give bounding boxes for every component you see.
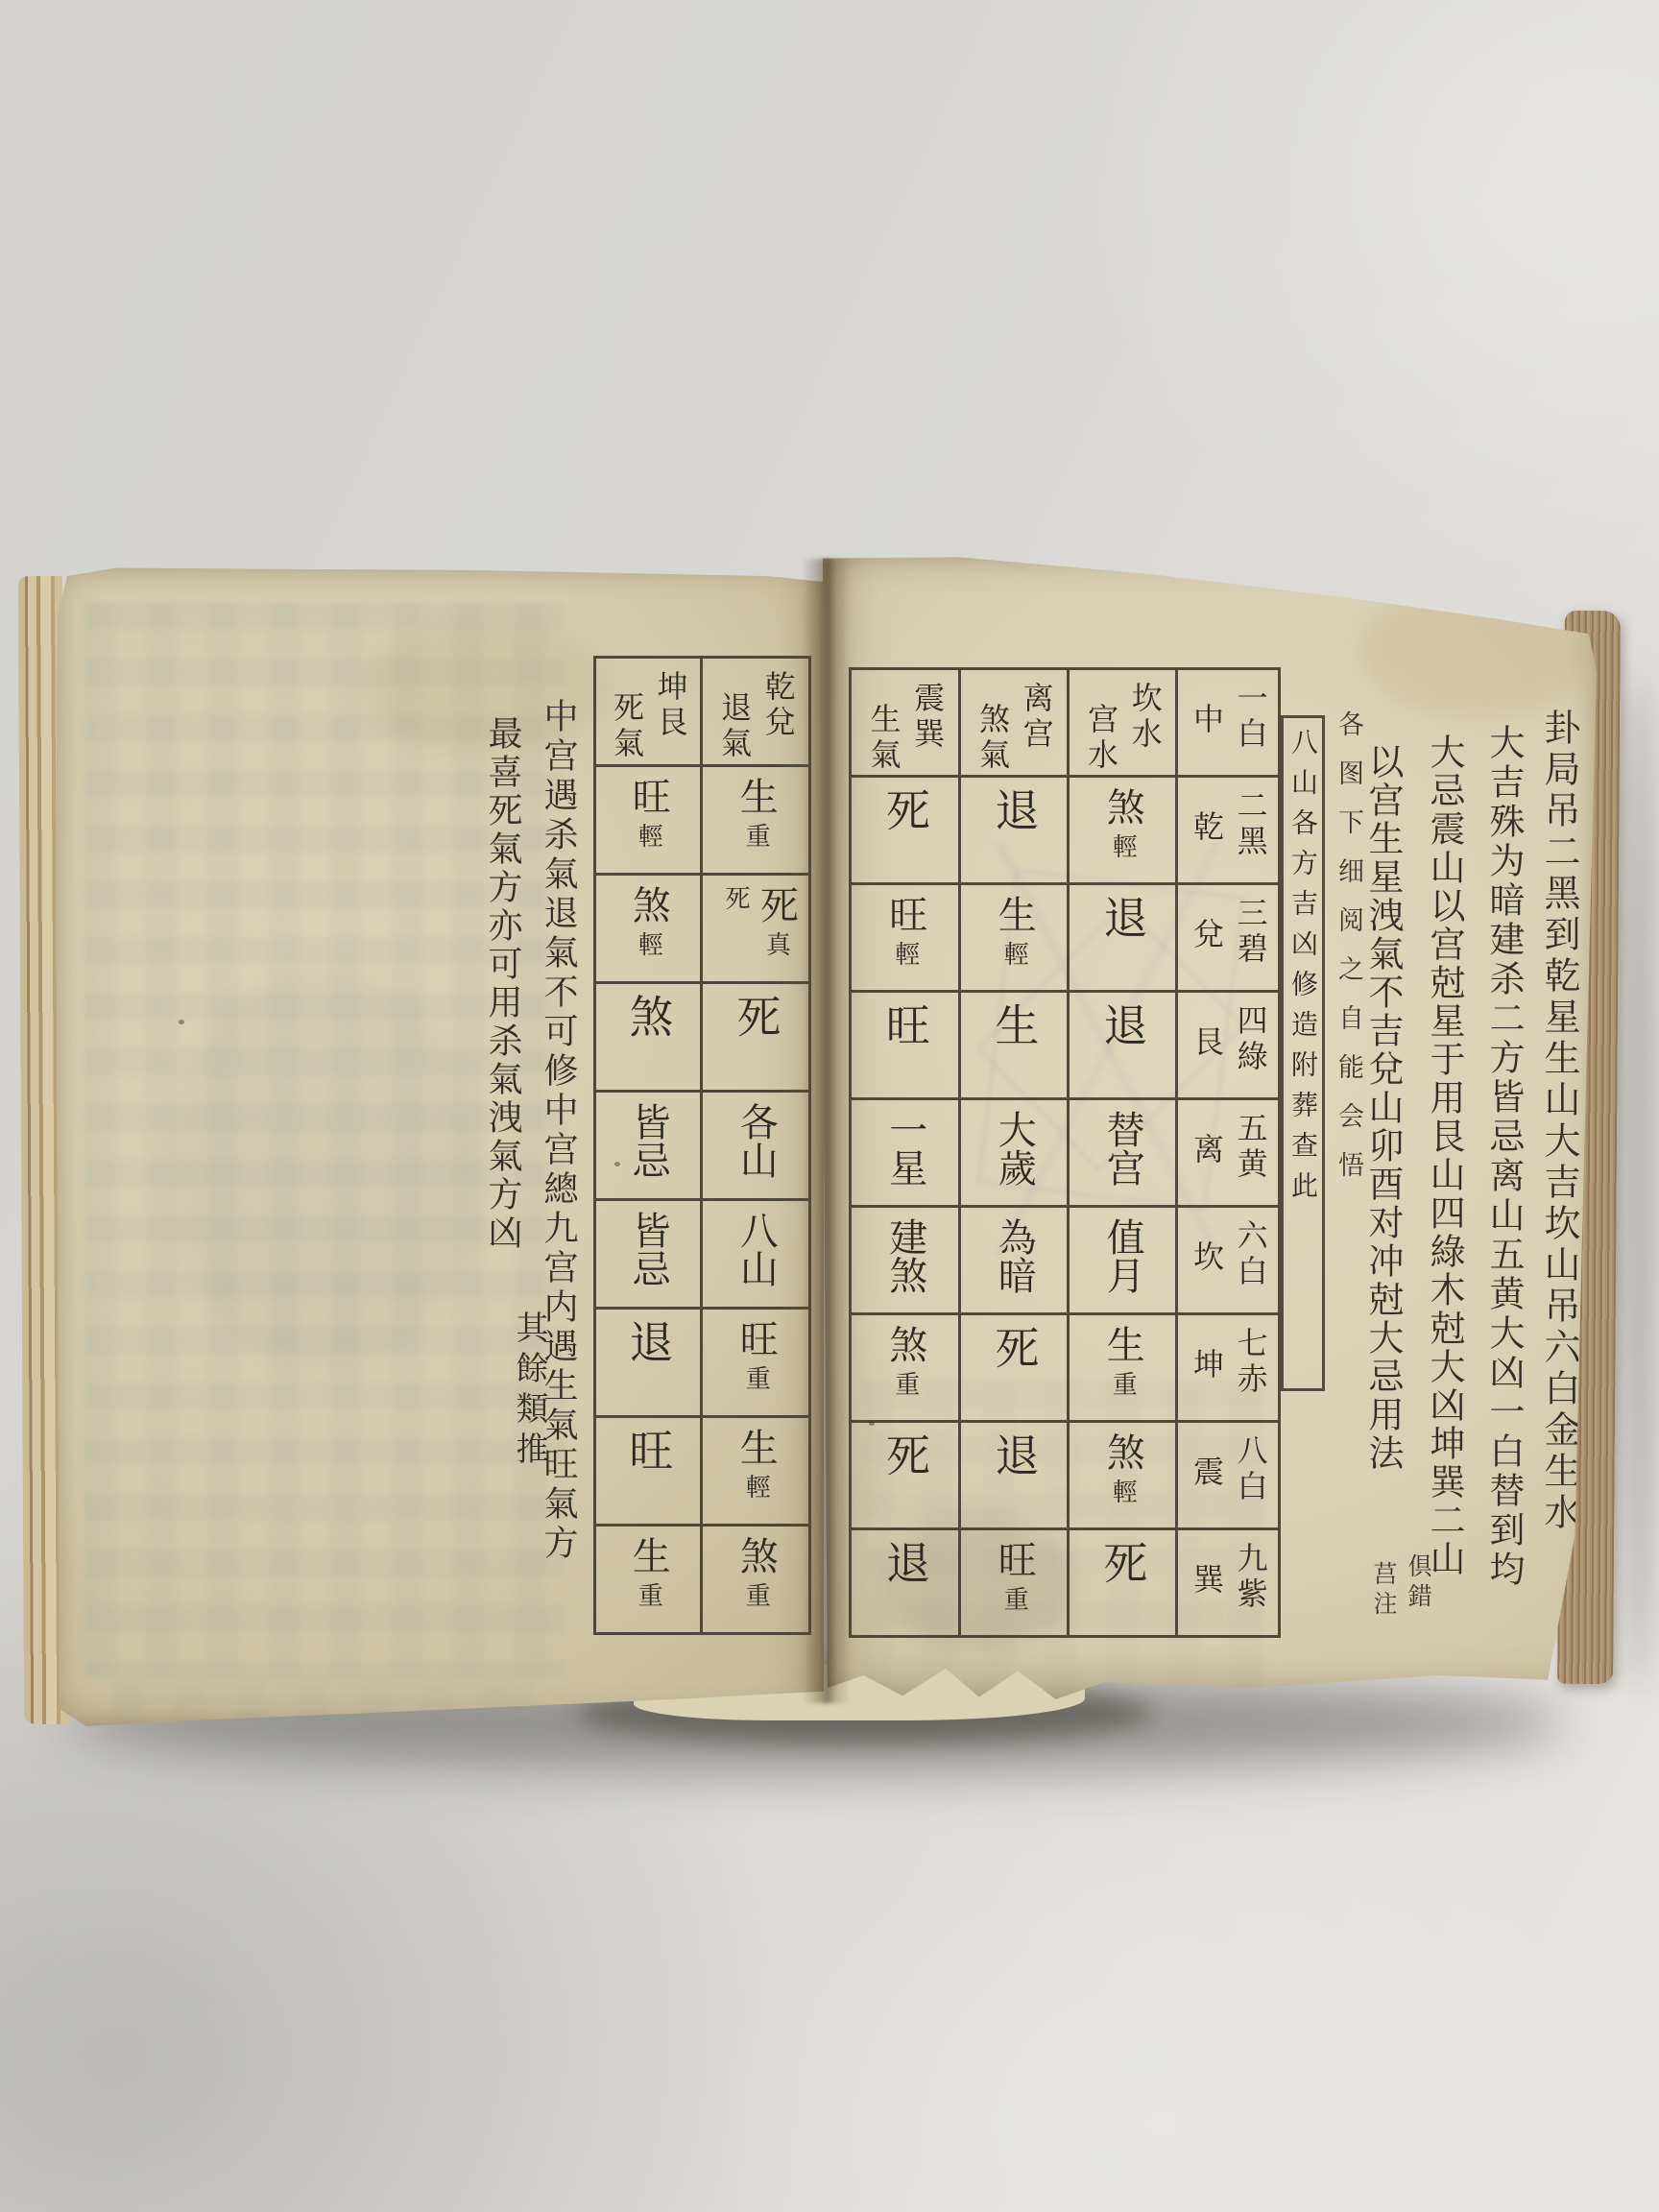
table-cell: 替宫 xyxy=(1070,1100,1178,1208)
table-cell: 旺輕 xyxy=(596,767,703,876)
table-cell: 死 xyxy=(852,1423,961,1530)
table-cell: 死 xyxy=(1070,1530,1178,1638)
table-cell: 退 xyxy=(1070,885,1178,993)
table-cell: 生重 xyxy=(703,767,811,876)
table-cell: 皆忌 xyxy=(596,1201,703,1310)
star-label-cell: 九紫巽 xyxy=(1178,1530,1281,1638)
table-cell: 各山 xyxy=(703,1093,811,1201)
table-cell: 生輕 xyxy=(961,885,1070,993)
margin-note-column-2: 大吉殊为暗建杀二方皆忌离山五黄大凶一白替到均 xyxy=(1478,724,1529,1646)
left-note-column-3: 其餘類推 xyxy=(506,1310,553,1541)
star-label-cell: 四綠艮 xyxy=(1178,993,1281,1100)
paper-speck xyxy=(614,1162,620,1166)
table-cell: 煞 xyxy=(596,984,703,1093)
star-label-cell: 七赤坤 xyxy=(1178,1315,1281,1423)
header-cell: 乾兌退氣 xyxy=(703,659,811,767)
star-label-cell: 二黑乾 xyxy=(1178,778,1281,885)
table-cell: 死真死 xyxy=(703,876,811,984)
table-title: 八山各方吉凶修造附葬查此 xyxy=(1284,718,1322,1388)
left-page: 坤艮死氣乾兌退氣旺輕生重煞輕死真死煞死皆忌各山皆忌八山退旺重旺生輕生重煞重 中宫… xyxy=(56,565,824,1726)
table-cell: 建煞 xyxy=(852,1208,961,1315)
book-right-shadow xyxy=(1623,672,1655,1690)
table-cell: 旺重 xyxy=(703,1310,811,1418)
star-label-cell: 六白坎 xyxy=(1178,1208,1281,1315)
table-cell: 退 xyxy=(596,1310,703,1418)
margin-note-column-5: 各图下细阅之自能会悟 xyxy=(1330,710,1367,1805)
table-cell: 生輕 xyxy=(703,1418,811,1527)
table-cell: 生 xyxy=(961,993,1070,1100)
table-cell: 煞重 xyxy=(703,1527,811,1635)
header-cell: 坤艮死氣 xyxy=(596,659,703,767)
paper-speck xyxy=(869,1421,875,1426)
table-cell: 生重 xyxy=(1070,1315,1178,1423)
table-cell: 煞輕 xyxy=(1070,1423,1178,1530)
star-label-cell: 五黄离 xyxy=(1178,1100,1281,1208)
table-title-strip: 八山各方吉凶修造附葬查此 xyxy=(1281,715,1325,1391)
table-cell: 退 xyxy=(961,778,1070,885)
table-cell: 退 xyxy=(1070,993,1178,1100)
header-cell: 坎水宫水 xyxy=(1070,670,1178,778)
table-cell: 為暗 xyxy=(961,1208,1070,1315)
table-cell: 大歲 xyxy=(961,1100,1070,1208)
table-cell: 值月 xyxy=(1070,1208,1178,1315)
table-cell: 旺重 xyxy=(961,1530,1070,1638)
paper-speck xyxy=(1498,941,1503,946)
right-page: 震巽生氣离宫煞氣坎水宫水一白中死退煞輕二黑乾旺輕生輕退三碧兌旺生退四綠艮一星大歲… xyxy=(823,555,1597,1699)
left-table: 坤艮死氣乾兌退氣旺輕生重煞輕死真死煞死皆忌各山皆忌八山退旺重旺生輕生重煞重 xyxy=(593,656,811,1635)
right-table: 震巽生氣离宫煞氣坎水宫水一白中死退煞輕二黑乾旺輕生輕退三碧兌旺生退四綠艮一星大歲… xyxy=(849,667,1281,1638)
star-label-cell: 八白震 xyxy=(1178,1423,1281,1530)
table-cell: 退 xyxy=(852,1530,961,1638)
table-cell: 死 xyxy=(961,1315,1070,1423)
table-cell: 生重 xyxy=(596,1527,703,1635)
table-cell: 煞輕 xyxy=(1070,778,1178,885)
book-gutter-crease xyxy=(803,559,851,1703)
star-label-cell: 一白中 xyxy=(1178,670,1281,778)
table-cell: 煞輕 xyxy=(596,876,703,984)
table-cell: 皆忌 xyxy=(596,1093,703,1201)
table-cell: 八山 xyxy=(703,1201,811,1310)
left-note-column-2: 最喜死氣方亦可用杀氣洩氣方凶 xyxy=(478,715,527,1330)
header-cell: 离宫煞氣 xyxy=(961,670,1070,778)
photo-of-open-manuscript-book: 坤艮死氣乾兌退氣旺輕生重煞輕死真死煞死皆忌各山皆忌八山退旺重旺生輕生重煞重 中宫… xyxy=(0,0,1659,2212)
table-cell: 退 xyxy=(961,1423,1070,1530)
star-label-cell: 三碧兌 xyxy=(1178,885,1281,993)
margin-note-column-3: 大忌震山以宫尅星于用艮山四綠木尅大凶坤巽二山 xyxy=(1418,733,1470,1674)
table-cell: 旺輕 xyxy=(852,885,961,993)
paper-stain xyxy=(171,968,478,1371)
table-cell: 煞重 xyxy=(852,1315,961,1423)
paper-speck xyxy=(179,1020,184,1024)
margin-footnote-2: 莒注 xyxy=(1366,1561,1401,1621)
table-cell: 死 xyxy=(852,778,961,885)
table-cell: 旺 xyxy=(596,1418,703,1527)
header-cell: 震巽生氣 xyxy=(852,670,961,778)
table-cell: 一星 xyxy=(852,1100,961,1208)
table-cell: 死 xyxy=(703,984,811,1093)
table-cell: 旺 xyxy=(852,993,961,1100)
margin-footnote-1: 倶錯 xyxy=(1401,1553,1435,1613)
